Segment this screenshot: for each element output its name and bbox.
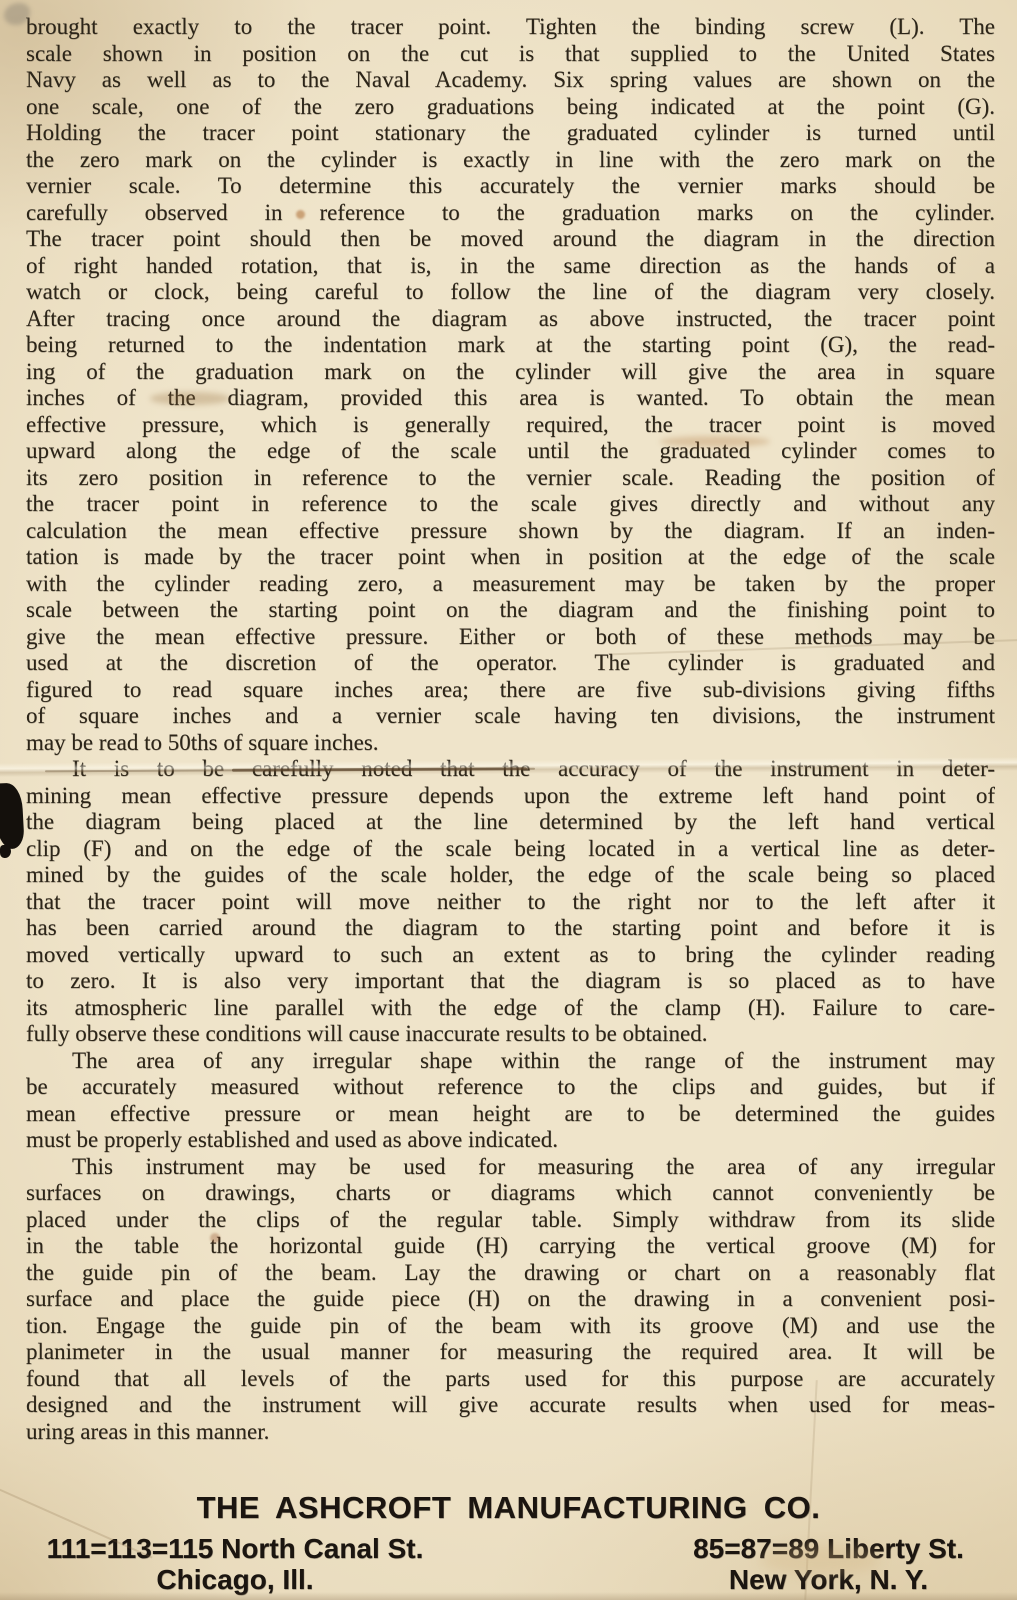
text-line: to zero. It is also very important that … xyxy=(26,968,995,995)
text-line: being returned to the indentation mark a… xyxy=(26,332,995,359)
chicago-city: Chicago, Ill. xyxy=(10,1564,460,1595)
text-line: scale shown in position on the cut is th… xyxy=(26,41,995,68)
text-line: used at the discretion of the operator. … xyxy=(26,650,995,677)
text-line: the zero mark on the cylinder is exactly… xyxy=(26,147,995,174)
text-line: scale between the starting point on the … xyxy=(26,597,995,624)
text-line: calculation the mean effective pressure … xyxy=(26,518,995,545)
text-line: found that all levels of the parts used … xyxy=(26,1366,995,1393)
text-line: that the tracer point will move neither … xyxy=(26,889,995,916)
text-line: must be properly established and used as… xyxy=(26,1127,995,1154)
text-line: the guide pin of the beam. Lay the drawi… xyxy=(26,1260,995,1287)
text-line: surface and place the guide piece (H) on… xyxy=(26,1286,995,1313)
text-line: tion. Engage the guide pin of the beam w… xyxy=(26,1313,995,1340)
text-line: designed and the instrument will give ac… xyxy=(26,1392,995,1419)
text-line: Holding the tracer point stationary the … xyxy=(26,120,995,147)
text-line: carefully observed in reference to the g… xyxy=(26,200,995,227)
text-line: of right handed rotation, that is, in th… xyxy=(26,253,995,280)
page-footer: THE ASHCROFT MANUFACTURING CO. 111=113=1… xyxy=(0,1490,1017,1595)
text-line: mining mean effective pressure depends u… xyxy=(26,783,995,810)
new-york-city: New York, N. Y. xyxy=(656,1564,1001,1595)
text-line: clip (F) and on the edge of the scale be… xyxy=(26,836,995,863)
text-line: It is to be carefully noted that the acc… xyxy=(26,756,995,783)
text-line: brought exactly to the tracer point. Tig… xyxy=(26,14,995,41)
text-line: placed under the clips of the regular ta… xyxy=(26,1207,995,1234)
text-line: one scale, one of the zero graduations b… xyxy=(26,94,995,121)
text-line: The area of any irregular shape within t… xyxy=(26,1048,995,1075)
text-line: figured to read square inches area; ther… xyxy=(26,677,995,704)
text-line: may be read to 50ths of square inches. xyxy=(26,730,995,757)
text-line: effective pressure, which is generally r… xyxy=(26,412,995,439)
text-line: Navy as well as to the Naval Academy. Si… xyxy=(26,67,995,94)
chicago-address: 111=113=115 North Canal St. Chicago, Ill… xyxy=(10,1533,460,1595)
text-line: with the cylinder reading zero, a measur… xyxy=(26,571,995,598)
text-line: tation is made by the tracer point when … xyxy=(26,544,995,571)
text-line: After tracing once around the diagram as… xyxy=(26,306,995,333)
text-line: The tracer point should then be moved ar… xyxy=(26,226,995,253)
text-line: give the mean effective pressure. Either… xyxy=(26,624,995,651)
text-line: of square inches and a vernier scale hav… xyxy=(26,703,995,730)
text-line: mined by the guides of the scale holder,… xyxy=(26,862,995,889)
body-text: brought exactly to the tracer point. Tig… xyxy=(0,0,1017,1445)
text-line: moved vertically upward to such an exten… xyxy=(26,942,995,969)
text-line: surfaces on drawings, charts or diagrams… xyxy=(26,1180,995,1207)
text-line: be accurately measured without reference… xyxy=(26,1074,995,1101)
text-line: fully observe these conditions will caus… xyxy=(26,1021,995,1048)
company-name: THE ASHCROFT MANUFACTURING CO. xyxy=(0,1490,1017,1526)
text-line: the tracer point in reference to the sca… xyxy=(26,491,995,518)
text-line: its atmospheric line parallel with the e… xyxy=(26,995,995,1022)
text-line: planimeter in the usual manner for measu… xyxy=(26,1339,995,1366)
text-line: upward along the edge of the scale until… xyxy=(26,438,995,465)
text-line: has been carried around the diagram to t… xyxy=(26,915,995,942)
text-line: the diagram being placed at the line det… xyxy=(26,809,995,836)
text-line: its zero position in reference to the ve… xyxy=(26,465,995,492)
text-line: watch or clock, being careful to follow … xyxy=(26,279,995,306)
new-york-address: 85=87=89 Liberty St. New York, N. Y. xyxy=(656,1533,1001,1595)
chicago-street: 111=113=115 North Canal St. xyxy=(10,1533,460,1564)
text-line: inches of the diagram, provided this are… xyxy=(26,385,995,412)
scanned-document-page: brought exactly to the tracer point. Tig… xyxy=(0,0,1017,1600)
text-line: uring areas in this manner. xyxy=(26,1419,995,1446)
text-line: in the table the horizontal guide (H) ca… xyxy=(26,1233,995,1260)
new-york-street: 85=87=89 Liberty St. xyxy=(656,1533,1001,1564)
text-line: mean effective pressure or mean height a… xyxy=(26,1101,995,1128)
text-line: vernier scale. To determine this accurat… xyxy=(26,173,995,200)
text-line: ing of the graduation mark on the cylind… xyxy=(26,359,995,386)
address-row: 111=113=115 North Canal St. Chicago, Ill… xyxy=(0,1533,1017,1595)
text-line: This instrument may be used for measurin… xyxy=(26,1154,995,1181)
